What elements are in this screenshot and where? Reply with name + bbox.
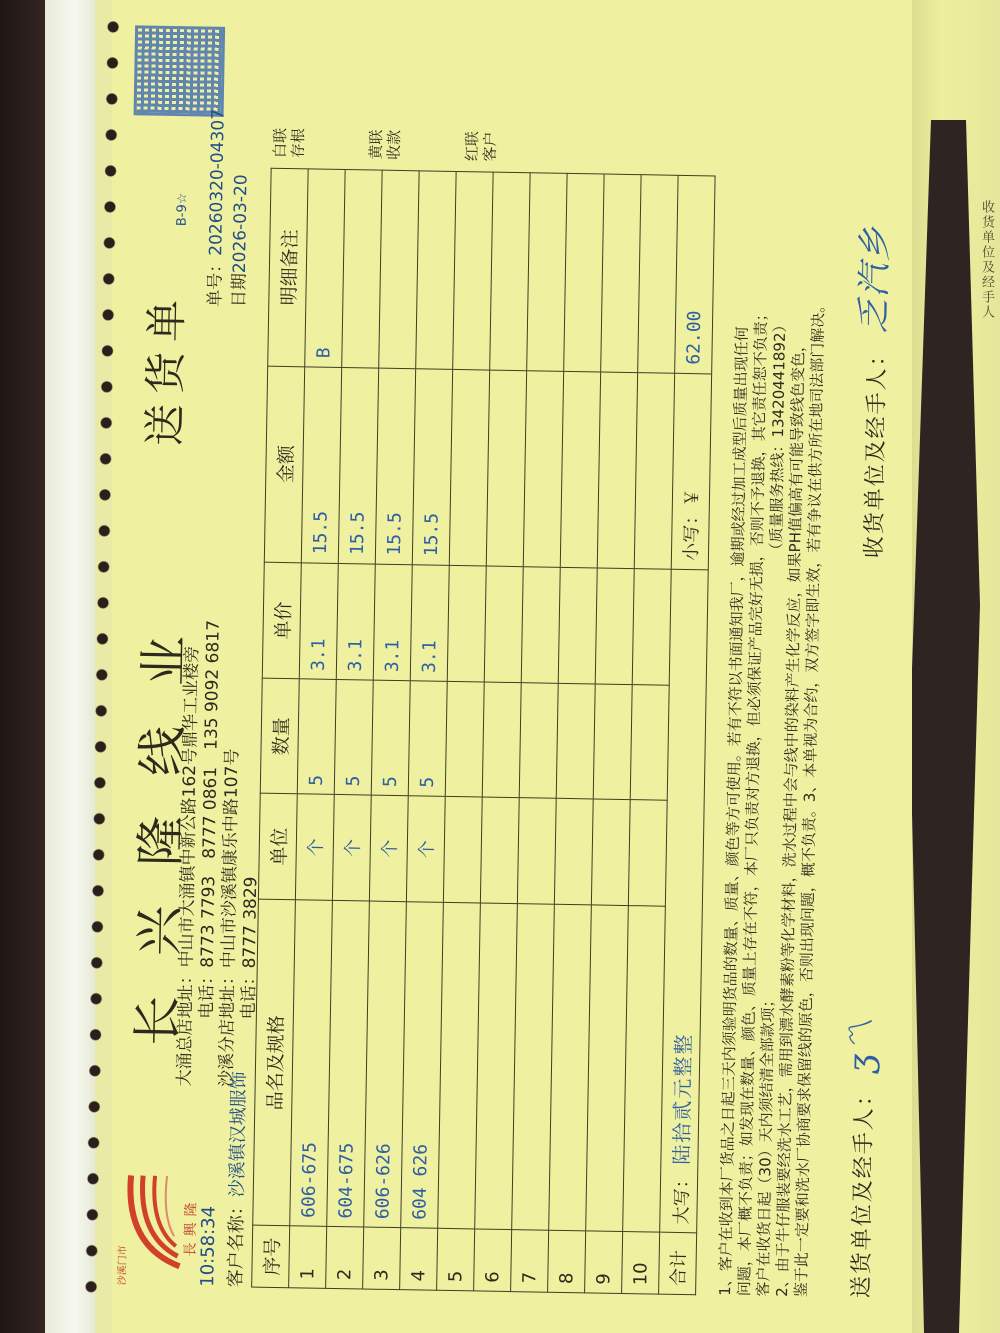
cell-no: 10 [622,1232,660,1294]
cell-price [595,568,634,685]
cell-price [484,566,523,683]
customer-value: 沙溪镇汉城服饰 [227,1071,250,1197]
cell-unit: 个 [295,794,334,901]
cell-name [438,903,481,1230]
cell-amount: 15.5 [412,368,452,565]
cell-note [453,171,493,369]
cell-name: 604-675 [327,901,370,1228]
cell-no: 6 [474,1229,512,1291]
cell-unit [628,800,667,907]
total-upper-value: 陆拾贰元整整 [669,1032,695,1164]
cell-no: 1 [289,1226,327,1288]
col-header: 单价 [262,562,301,679]
customer-label: 客户名称： [225,1197,248,1287]
cell-qty [482,682,521,797]
items-table: 序号 品名及规格 单位 数量 单价 金额 明细备注 1 606-675 个 5 … [251,168,715,1296]
cell-price: 3.1 [336,563,375,680]
cell-unit: 个 [406,796,445,903]
cell-note [379,170,419,368]
document-type: 送货单 [132,289,195,446]
cell-qty [593,684,632,799]
cell-amount: 15.5 [375,368,415,565]
cell-price [632,568,671,685]
cell-amount [486,370,526,567]
qr-code-icon [134,25,226,117]
cell-no: 3 [363,1227,401,1289]
cell-amount [634,372,674,569]
cell-qty [445,682,484,797]
cell-unit [591,799,630,906]
total-label: 合计 [659,1233,697,1295]
cell-qty [630,685,669,800]
cell-note [416,171,456,369]
total-lower-label: 小写：￥ [671,373,711,570]
cell-qty: 5 [371,680,410,795]
swoosh-logo-icon [119,1165,185,1276]
receiver-signature: 收货单位及经手人： 乏汽乡 [842,225,897,559]
delivery-note-paper: 沙溪门市 長興隆 10:58:34 长兴隆线业 送货单 大涌总店地址：中山市大涌… [112,0,912,1333]
cell-price: 3.1 [410,564,449,681]
copy-legend: 白联存根 黄联收款 红联客户 [271,128,559,163]
col-header: 单位 [258,793,297,900]
cell-note [564,173,604,371]
col-header: 数量 [260,678,299,793]
cell-name: 606-626 [364,901,407,1228]
cell-no: 2 [326,1227,364,1289]
cell-name [549,905,592,1232]
header: 沙溪门市 長興隆 10:58:34 长兴隆线业 送货单 大涌总店地址：中山市大涌… [111,15,263,1307]
receiver-label: 收货单位及经手人： [862,342,891,558]
cell-no: 9 [585,1231,623,1293]
terms-notes: 1、客户在收到本厂货品之日起三天内须验明货品的数量、质量、颜色等方可使用。若有不… [716,56,833,1297]
cell-amount [449,369,489,566]
cell-qty: 5 [297,679,336,794]
total-upper-label: 大写： [671,1170,693,1224]
cell-qty: 5 [334,680,373,795]
copy-yellow: 黄联收款 [367,129,404,160]
cell-price [558,567,597,684]
col-header: 明细备注 [268,168,308,366]
cell-price: 3.1 [299,562,338,679]
col-header: 序号 [252,1225,290,1287]
col-header: 品名及规格 [253,899,296,1226]
delivery-note-sheet: 沙溪门市 長興隆 10:58:34 长兴隆线业 送货单 大涌总店地址：中山市大涌… [111,15,913,1318]
cell-amount [523,370,563,567]
cell-price [521,566,560,683]
cell-no: 5 [437,1229,475,1291]
cell-no: 7 [511,1230,549,1292]
cell-amount: 15.5 [338,367,378,564]
cell-unit: 个 [369,795,408,902]
cell-note [601,174,641,372]
cell-unit [443,796,482,903]
date-label: 日期 [229,273,250,307]
cell-amount: 15.5 [301,366,341,563]
copy-white: 白联存根 [271,128,308,159]
document-date: 日期2026-03-20 [224,174,251,307]
cell-no: 8 [548,1231,586,1293]
copy-red: 红联客户 [463,131,500,162]
cell-name [623,906,666,1233]
cell-price [447,565,486,682]
series-code: B-9☆ [175,193,191,227]
cell-amount [560,371,600,568]
sender-handwriting: ʒ〽 [841,1016,882,1074]
receiver-handwriting: 乏汽乡 [854,225,896,334]
cell-note [490,172,530,370]
sender-signature: 送货单位及经手人： ʒ〽 [829,1015,883,1298]
cell-qty: 5 [408,681,447,796]
adjacent-pile-label: 收货单位及经手人 [977,200,996,320]
cell-unit [517,798,556,905]
cell-amount [597,372,637,569]
print-time: 10:58:34 [197,1206,219,1287]
cell-unit: 个 [332,795,371,902]
customer: 客户名称：沙溪镇汉城服饰 [221,1071,251,1287]
cell-name [586,905,629,1232]
company-logo: 沙溪门市 長興隆 [113,1165,205,1287]
adjacent-paper-pile: 收货单位及经手人 [905,0,1000,1333]
doc-no-label: 单号： [205,256,226,307]
col-header: 金额 [264,366,304,563]
cell-unit [554,798,593,905]
cell-name [475,903,518,1230]
address-block: 大涌总店地址：中山市大涌镇中新公路162号鼎华工业楼旁 电话：8773 7793… [175,620,267,1088]
cell-unit [480,797,519,904]
cell-no: 4 [400,1228,438,1290]
cell-note [527,173,567,371]
desk-gap [910,120,980,1333]
cell-name [512,904,555,1231]
cell-qty [519,683,558,798]
total-lower-value: 62.00 [675,175,715,373]
cell-qty [556,684,595,799]
cell-note [342,170,382,368]
date-value: 2026-03-20 [230,174,252,273]
cell-price: 3.1 [373,564,412,681]
cell-note [638,175,678,373]
cell-name: 604 626 [401,902,444,1229]
cell-note: B [305,169,345,367]
cell-name: 606-675 [290,900,333,1227]
sender-label: 送货单位及经手人： [849,1082,878,1298]
